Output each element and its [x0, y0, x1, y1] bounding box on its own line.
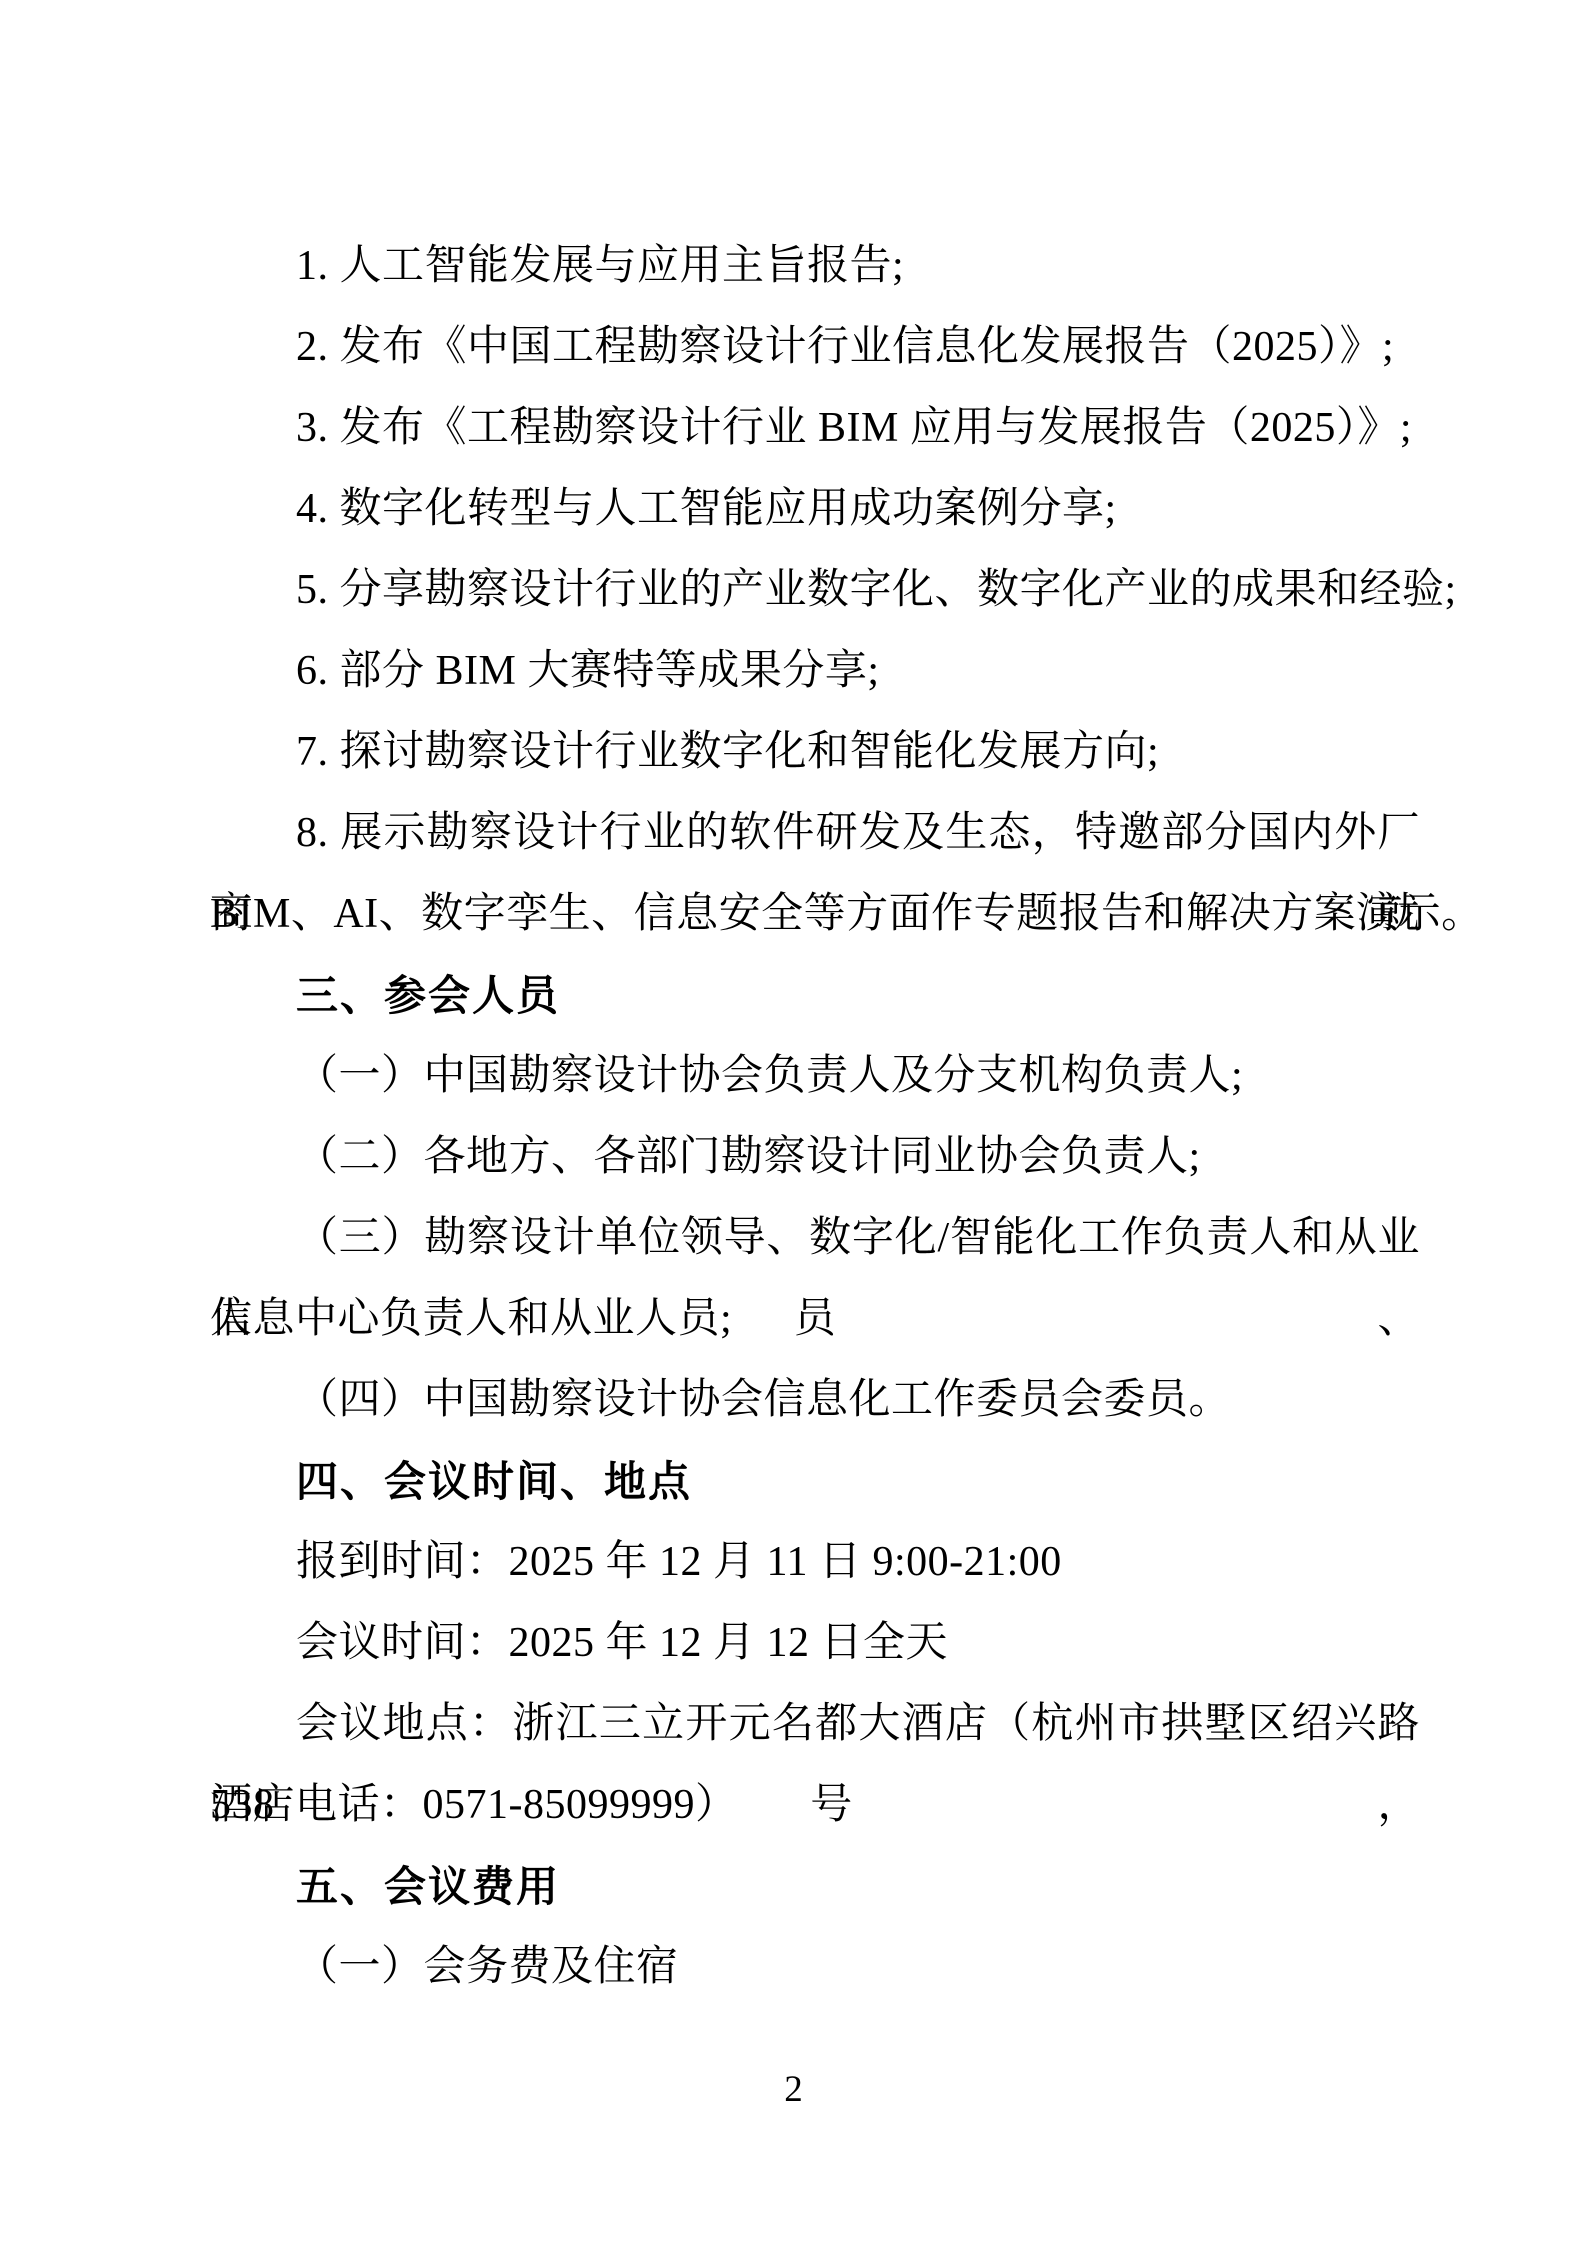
section-4-heading: 四、会议时间、地点 [210, 1441, 1420, 1522]
fee-item-1: （一）会务费及住宿 [210, 1927, 1420, 2008]
agenda-item-7: 7. 探讨勘察设计行业数字化和智能化发展方向; [210, 712, 1420, 793]
document-page: 1. 人工智能发展与应用主旨报告;2. 发布《中国工程勘察设计行业信息化发展报告… [0, 0, 1587, 2245]
agenda-item-8-line-2: BIM、AI、数字孪生、信息安全等方面作专题报告和解决方案演示。 [210, 874, 1420, 955]
meeting-time-line: 会议时间：2025 年 12 月 12 日全天 [210, 1603, 1420, 1684]
agenda-item-6: 6. 部分 BIM 大赛特等成果分享; [210, 631, 1420, 712]
agenda-item-1: 1. 人工智能发展与应用主旨报告; [210, 226, 1420, 307]
agenda-item-8-line-1: 8. 展示勘察设计行业的软件研发及生态，特邀部分国内外厂商就 [210, 793, 1420, 874]
agenda-item-3: 3. 发布《工程勘察设计行业 BIM 应用与发展报告（2025）》; [210, 388, 1420, 469]
attendee-item-2: （二）各地方、各部门勘察设计同业协会负责人; [210, 1117, 1420, 1198]
meeting-venue-line-1: 会议地点：浙江三立开元名都大酒店（杭州市拱墅区绍兴路 538 号， [210, 1684, 1420, 1765]
document-body: 1. 人工智能发展与应用主旨报告;2. 发布《中国工程勘察设计行业信息化发展报告… [210, 226, 1420, 2008]
attendee-item-4: （四）中国勘察设计协会信息化工作委员会委员。 [210, 1360, 1420, 1441]
attendee-item-1: （一）中国勘察设计协会负责人及分支机构负责人; [210, 1036, 1420, 1117]
section-5-heading: 五、会议费用 [210, 1846, 1420, 1927]
attendee-item-3-line-1: （三）勘察设计单位领导、数字化/智能化工作负责人和从业人员、 [210, 1198, 1420, 1279]
section-3-heading: 三、参会人员 [210, 955, 1420, 1036]
agenda-item-5: 5. 分享勘察设计行业的产业数字化、数字化产业的成果和经验; [210, 550, 1420, 631]
page-number: 2 [0, 2066, 1587, 2114]
agenda-item-2: 2. 发布《中国工程勘察设计行业信息化发展报告（2025）》; [210, 307, 1420, 388]
registration-time-line: 报到时间：2025 年 12 月 11 日 9:00-21:00 [210, 1522, 1420, 1603]
agenda-item-4: 4. 数字化转型与人工智能应用成功案例分享; [210, 469, 1420, 550]
